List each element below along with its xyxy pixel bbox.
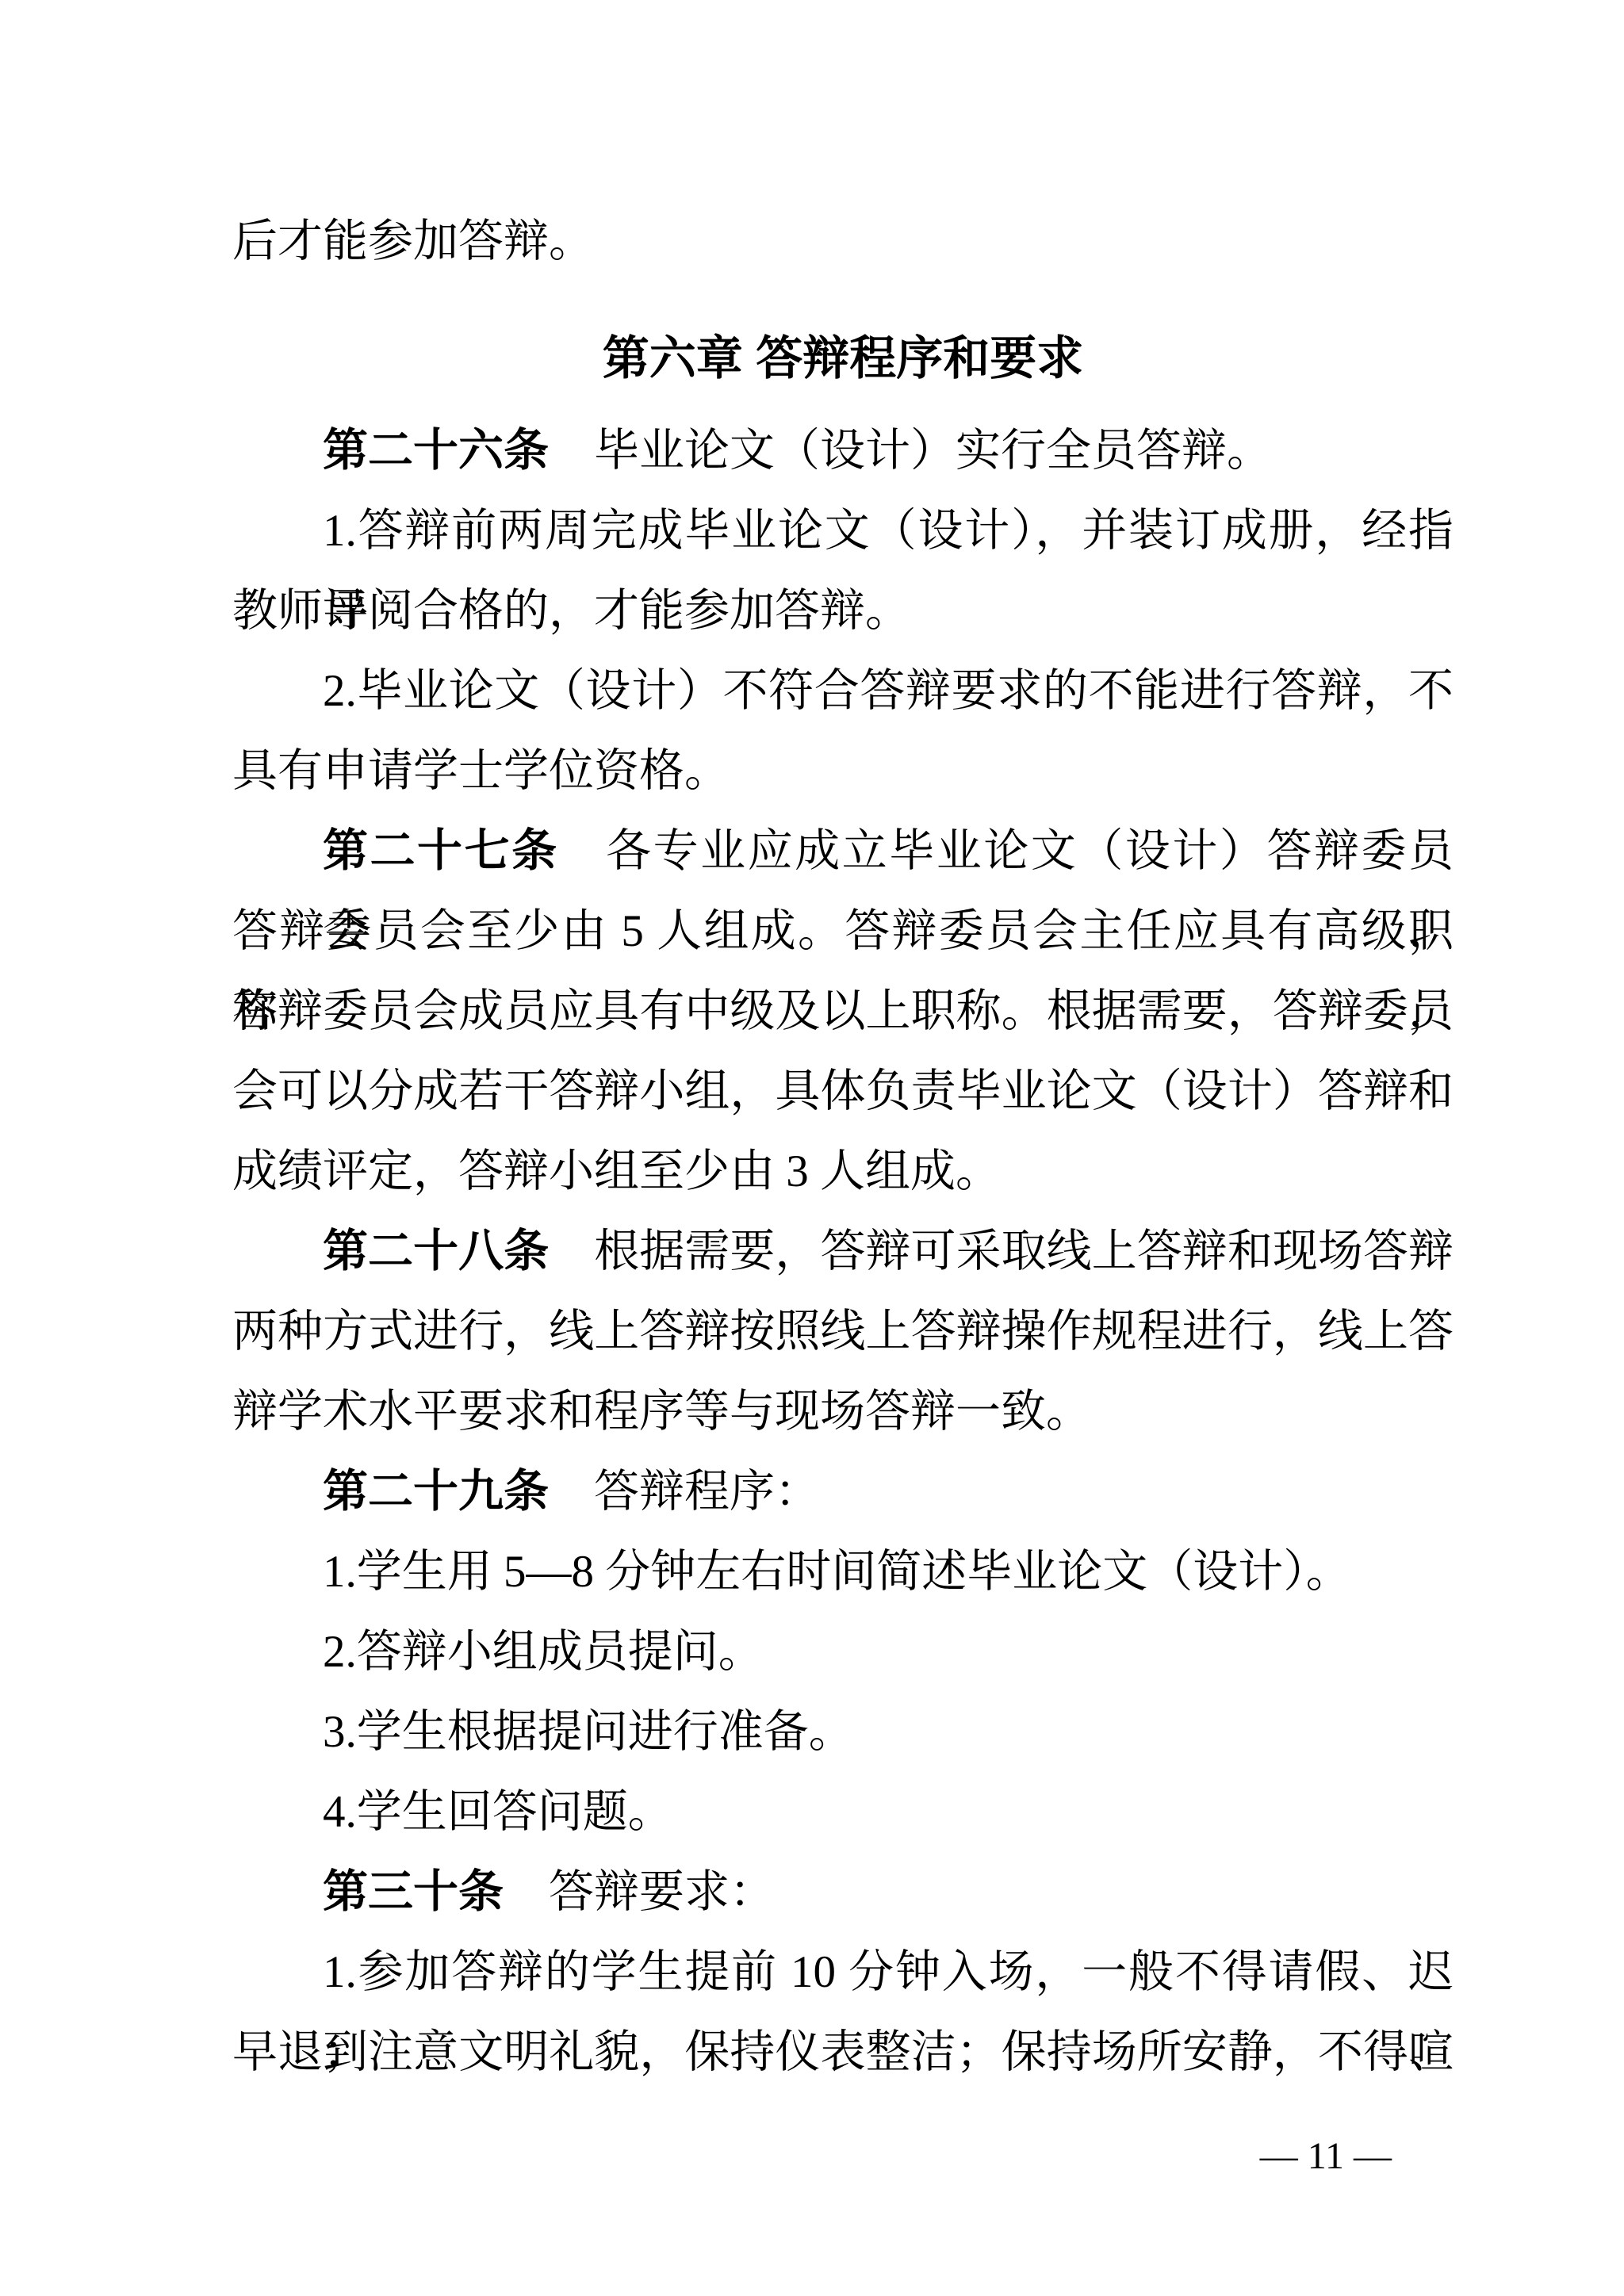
- document-line: 第二十八条 根据需要，答辩可采取线上答辩和现场答辩: [232, 1211, 1454, 1291]
- text-segment: 1.学生用 5—8 分钟左右时间简述毕业论文（设计）。: [323, 1547, 1351, 1597]
- text-segment: 4.学生回答问题。: [323, 1787, 673, 1837]
- document-page: — 11 — 后才能参加答辩。第六章 答辩程序和要求第二十六条 毕业论文（设计）…: [0, 0, 1624, 2296]
- text-segment: 两种方式进行，线上答辩按照线上答辩操作规程进行，线上答: [232, 1307, 1454, 1357]
- document-line: 具有申请学士学位资格。: [232, 731, 1454, 811]
- text-segment: 3.学生根据提问进行准备。: [323, 1707, 854, 1757]
- chapter-heading: 第六章 答辩程序和要求: [232, 319, 1454, 399]
- bold-text-segment: 第六章 答辩程序和要求: [603, 332, 1083, 385]
- text-segment: 2.毕业论文（设计）不符合答辩要求的不能进行答辩，不: [323, 666, 1454, 716]
- text-segment: 答辩程序：: [594, 1467, 820, 1517]
- document-line: 辩学术水平要求和程序等与现场答辩一致。: [232, 1372, 1454, 1452]
- text-segment: 根据需要，答辩可采取线上答辩和现场答辩: [594, 1226, 1454, 1276]
- document-line: 答辩委员会成员应具有中级及以上职称。根据需要，答辩委员: [232, 971, 1454, 1051]
- text-segment: 早退；注意文明礼貌，保持仪表整洁；保持场所安静，不得喧: [232, 2027, 1454, 2077]
- document-line: 第三十条 答辩要求：: [232, 1852, 1454, 1932]
- document-line: 3.学生根据提问进行准备。: [232, 1692, 1454, 1772]
- document-line: 2.毕业论文（设计）不符合答辩要求的不能进行答辩，不: [232, 651, 1454, 731]
- document-line: 教师评阅合格的，才能参加答辩。: [232, 571, 1454, 651]
- text-segment: 2.答辩小组成员提问。: [323, 1627, 764, 1677]
- document-line: 答辩委员会至少由 5 人组成。答辩委员会主任应具有高级职称，: [232, 891, 1454, 971]
- text-segment: 具有申请学士学位资格。: [232, 746, 730, 796]
- bold-text-segment: 第二十九条: [323, 1467, 594, 1517]
- document-line: 1.答辩前两周完成毕业论文（设计），并装订成册，经指导: [232, 491, 1454, 571]
- text-segment: 答辩要求：: [549, 1867, 775, 1917]
- bold-text-segment: 第二十六条: [323, 426, 594, 476]
- document-line: 4.学生回答问题。: [232, 1772, 1454, 1852]
- document-line: 第二十九条 答辩程序：: [232, 1452, 1454, 1532]
- text-segment: 毕业论文（设计）实行全员答辩。: [594, 426, 1272, 476]
- document-line: 成绩评定，答辩小组至少由 3 人组成。: [232, 1131, 1454, 1211]
- bold-text-segment: 第二十七条: [323, 826, 606, 876]
- bold-text-segment: 第三十条: [323, 1867, 549, 1917]
- document-line: 会可以分成若干答辩小组，具体负责毕业论文（设计）答辩和: [232, 1051, 1454, 1131]
- document-line: 1.参加答辩的学生提前 10 分钟入场，一般不得请假、迟到、: [232, 1932, 1454, 2012]
- text-segment: 辩学术水平要求和程序等与现场答辩一致。: [232, 1387, 1091, 1437]
- document-line: 1.学生用 5—8 分钟左右时间简述毕业论文（设计）。: [232, 1532, 1454, 1612]
- text-segment: 成绩评定，答辩小组至少由 3 人组成。: [232, 1146, 1001, 1196]
- document-line: 两种方式进行，线上答辩按照线上答辩操作规程进行，线上答: [232, 1291, 1454, 1372]
- document-line: 第二十七条 各专业应成立毕业论文（设计）答辩委员会，: [232, 811, 1454, 891]
- document-line: 第二十六条 毕业论文（设计）实行全员答辩。: [232, 411, 1454, 491]
- document-line: 后才能参加答辩。: [232, 201, 1454, 281]
- text-segment: 后才能参加答辩。: [232, 216, 594, 266]
- bold-text-segment: 第二十八条: [323, 1226, 594, 1276]
- document-line: 2.答辩小组成员提问。: [232, 1612, 1454, 1692]
- text-segment: 会可以分成若干答辩小组，具体负责毕业论文（设计）答辩和: [232, 1066, 1454, 1116]
- text-segment: 教师评阅合格的，才能参加答辩。: [232, 586, 910, 636]
- page-number: — 11 —: [1260, 2116, 1392, 2196]
- text-segment: 答辩委员会成员应具有中级及以上职称。根据需要，答辩委员: [232, 986, 1454, 1036]
- document-line: 早退；注意文明礼貌，保持仪表整洁；保持场所安静，不得喧: [232, 2012, 1454, 2092]
